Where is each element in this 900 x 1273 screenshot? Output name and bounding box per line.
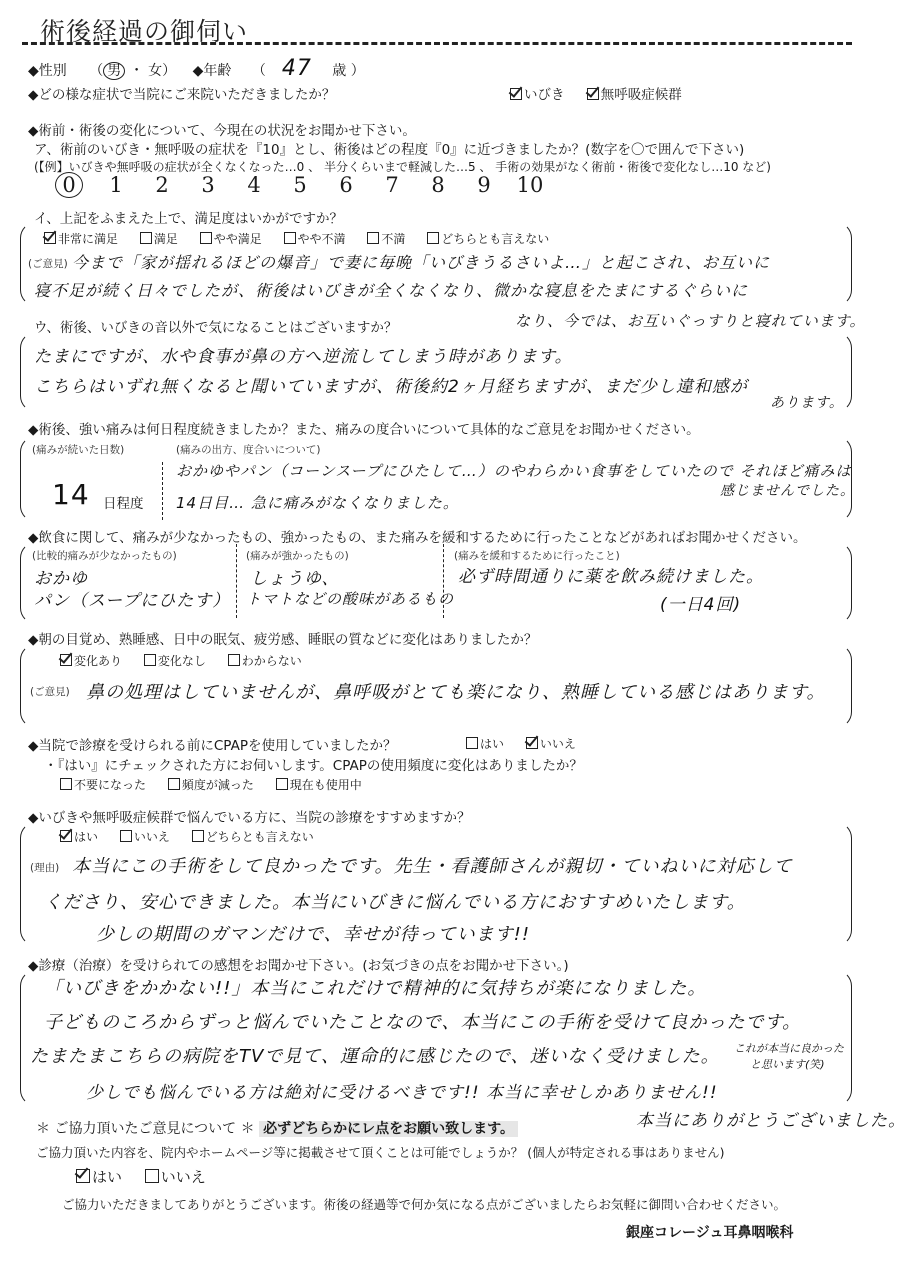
consent-question: ご協力頂いた内容を、院内やホームページ等に掲載させて頂くことは可能でしょうか？ … (36, 1143, 724, 1161)
change-sub-a: ア、術前のいびき・無呼吸の症状を『10』とし、術後はどの程度『0』に近づきました… (34, 138, 744, 158)
cpap-options: はい いいえ (466, 735, 594, 752)
symptoms-question: ◆どの様な症状で当院にご来院いただきましたか？ (28, 83, 335, 103)
consent-option-no[interactable]: いいえ (145, 1166, 206, 1187)
reason-line: 本当にこの手術をして良かったです。先生・看護師さんが親切・ていねいに対応して (72, 852, 793, 878)
age-unit: 歳 (332, 63, 346, 79)
reason-line: 少しの期間のガマンだけで、幸せが待っています!! (96, 920, 530, 946)
recommend-option[interactable]: どちらとも言えない (192, 828, 314, 845)
cpap-followup: ・『はい』にチェックされた方にお伺いします。CPAPの使用頻度に変化はありました… (44, 754, 583, 774)
opinion-line: 今まで「家が揺れるほどの爆音」で妻に毎晩「いびきうるさいよ…」と起こされ、お互い… (72, 250, 770, 273)
consent-option-yes[interactable]: はい (76, 1166, 122, 1187)
reason-line: くださり、安心できました。本当にいびきに悩んでいる方におすすめいたします。 (44, 888, 746, 914)
sex-label: ◆性別 (28, 63, 67, 79)
more-pain-line: トマトなどの酸味があるもの (246, 588, 454, 609)
less-pain-line: パン（スープにひたす） (34, 586, 230, 611)
sex-option-female[interactable]: 女 (148, 63, 162, 79)
symptom-option-snoring[interactable]: いびき (510, 83, 565, 103)
pain-question: ◆術後、強い痛みは何日程度続きましたか？また、痛みの度合いについて具体的なご意見… (28, 418, 700, 438)
opinion-line: 寝不足が続く日々でしたが、術後はいびきが全くなくなり、微かな寝息をたまにするぐら… (34, 278, 748, 301)
cpap-option-no[interactable]: いいえ (526, 735, 576, 752)
scale-1[interactable]: 1 (93, 173, 139, 197)
title-divider (22, 42, 852, 45)
sleep-opinion: 鼻の処理はしていませんが、鼻呼吸がとても楽になり、熟睡している感じはあります。 (86, 678, 826, 704)
impression-line: たまたまこちらの病院をTVで見て、運命的に感じたので、迷いなく受けました。 (30, 1042, 720, 1068)
scale-5[interactable]: 5 (277, 173, 323, 197)
scale-4[interactable]: 4 (231, 173, 277, 197)
pain-divider (162, 462, 163, 520)
impression-side-note: と思います(笑) (750, 1056, 825, 1072)
scale-2[interactable]: 2 (139, 173, 185, 197)
cpap-followup-option[interactable]: 現在も使用中 (276, 776, 362, 793)
cpap-followup-options: 不要になった 頻度が減った 現在も使用中 (60, 776, 380, 793)
sleep-option[interactable]: わからない (228, 652, 302, 669)
pain-detail-line: 14日目… 急に痛みがなくなりました。 (176, 492, 459, 513)
change-question: ◆術前・術後の変化について、今現在の状況をお聞かせ下さい。 (28, 119, 416, 139)
scale-7[interactable]: 7 (369, 173, 415, 197)
relief-line: (一日4回) (660, 590, 741, 615)
satisfaction-option[interactable]: やや満足 (200, 230, 262, 247)
food-divider (443, 544, 444, 618)
cpap-followup-option[interactable]: 頻度が減った (168, 776, 254, 793)
checkbox-icon[interactable] (510, 88, 522, 100)
pain-detail-line: おかゆやパン（コーンスープにひたして…）のやわらかい食事をしていたので それほど… (176, 460, 852, 481)
more-pain-label: (痛みが強かったもの) (246, 548, 349, 563)
relief-label: (痛みを緩和するために行ったこと) (454, 548, 620, 563)
satisfaction-option[interactable]: やや不満 (284, 230, 346, 247)
food-divider (236, 544, 237, 618)
satisfaction-option[interactable]: 非常に満足 (44, 230, 118, 247)
profile-row: ◆性別 （男 ・ 女） ◆年齢 （47 歳 ） (28, 56, 365, 81)
scale-0[interactable]: 0 (55, 172, 83, 198)
recommend-option[interactable]: いいえ (120, 828, 170, 845)
clinic-name: 銀座コレージュ耳鼻咽喉科 (626, 1222, 793, 1242)
scale-6[interactable]: 6 (323, 173, 369, 197)
footer-thanks: ご協力いただきましてありがとうございます。術後の経過等で何か気になる点がございま… (62, 1195, 786, 1213)
impression-line: 少しでも悩んでいる方は絶対に受けるべきです!! 本当に幸せしかありません!! (86, 1078, 718, 1103)
concern-line: たまにですが、水や食事が鼻の方へ逆流してしまう時があります。 (34, 342, 573, 367)
pain-days-label: (痛みが続いた日数) (32, 442, 124, 457)
impression-line: 「いびきをかかない!!」本当にこれだけで精神的に気持ちが楽になりました。 (44, 974, 706, 1000)
concern-line: あります。 (770, 392, 844, 412)
scale-8[interactable]: 8 (415, 173, 461, 197)
opinion-line: なり、今では、お互いぐっすりと寝れています。 (515, 310, 866, 331)
scale-3[interactable]: 3 (185, 173, 231, 197)
sleep-option[interactable]: 変化なし (144, 652, 206, 669)
age-label: ◆年齢 (193, 63, 232, 79)
consent-note: ＊ ご協力頂いたご意見について ＊ 必ずどちらかにレ点をお願い致します。 (36, 1118, 518, 1138)
symptoms-options: いびき 無呼吸症候群 (510, 83, 700, 103)
cpap-followup-option[interactable]: 不要になった (60, 776, 146, 793)
impression-thanks: 本当にありがとうございました。 (636, 1106, 900, 1131)
satisfaction-option[interactable]: どちらとも言えない (427, 230, 549, 247)
consent-options: はい いいえ (76, 1166, 224, 1187)
satisfaction-option[interactable]: 満足 (140, 230, 178, 247)
scale-10[interactable]: 10 (507, 173, 553, 197)
opinion-label: (ご意見) (28, 256, 68, 271)
scale-9[interactable]: 9 (461, 173, 507, 197)
pain-days-value[interactable]: 14 (52, 478, 90, 511)
sleep-option[interactable]: 変化あり (60, 652, 122, 669)
pain-days-unit: 日程度 (103, 492, 144, 512)
consent-note-bold: 必ずどちらかにレ点をお願い致します。 (259, 1121, 518, 1137)
cpap-question: ◆当院で診療を受けられる前にCPAPを使用していましたか？ (28, 734, 396, 754)
sleep-opinion-label: (ご意見) (30, 684, 70, 699)
relief-line: 必ず時間通りに薬を飲み続けました。 (458, 562, 764, 587)
pain-detail-line: 感じませんでした。 (720, 480, 855, 500)
change-scale: 012345678910 (45, 172, 553, 198)
pain-detail-label: (痛みの出方、度合いについて) (176, 442, 320, 457)
recommend-options: はい いいえ どちらとも言えない (60, 828, 332, 845)
reason-label: (理由) (30, 860, 59, 875)
recommend-option[interactable]: はい (60, 828, 98, 845)
sex-option-male[interactable]: 男 (103, 62, 125, 80)
consent-note-prefix: ＊ ご協力頂いたご意見について ＊ (36, 1121, 255, 1137)
checkbox-icon[interactable] (587, 88, 599, 100)
impression-side-note: これが本当に良かった (734, 1040, 844, 1056)
more-pain-line: しょうゆ、 (250, 564, 339, 589)
less-pain-label: (比較的痛みが少なかったもの) (32, 548, 177, 563)
concern-line: こちらはいずれ無くなると聞いていますが、術後約2ヶ月経ちますが、まだ少し違和感が (34, 372, 748, 397)
sleep-options: 変化あり 変化なし わからない (60, 652, 320, 669)
impression-line: 子どものころからずっと悩んでいたことなので、本当にこの手術を受けて良かったです。 (44, 1008, 801, 1034)
satisfaction-options: 非常に満足 満足 やや満足 やや不満 不満 どちらとも言えない (44, 230, 567, 247)
symptom-option-apnea[interactable]: 無呼吸症候群 (587, 83, 682, 103)
cpap-option-yes[interactable]: はい (466, 735, 504, 752)
satisfaction-option[interactable]: 不満 (367, 230, 405, 247)
age-value[interactable]: 47 (266, 56, 328, 81)
